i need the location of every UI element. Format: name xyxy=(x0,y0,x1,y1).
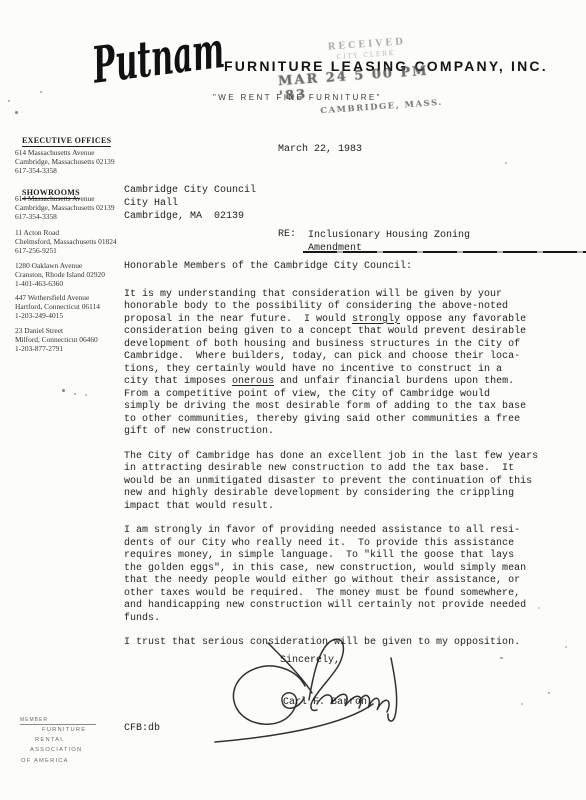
re-label: RE: xyxy=(278,229,296,242)
salutation: Honorable Members of the Cambridge City … xyxy=(124,261,586,274)
scan-speck xyxy=(430,594,432,596)
scan-speck xyxy=(85,394,87,396)
paragraph-1: It is my understanding that consideratio… xyxy=(124,289,586,439)
scan-speck xyxy=(538,607,540,609)
scan-speck xyxy=(40,91,42,93)
letter-date: March 22, 1983 xyxy=(278,144,362,157)
received-date-stamp: RECEIVED CITY CLERK MAR 24 5 00 PM '83 C… xyxy=(270,33,465,119)
showroom-address: 447 Wethersfield Avenue Hartford, Connec… xyxy=(15,293,100,321)
showroom-address: 23 Daniel Street Milford, Connecticut 06… xyxy=(15,326,98,354)
scan-speck xyxy=(62,389,65,392)
member-line: ASSOCIATION xyxy=(30,745,96,755)
putnam-logo-text: Putnam xyxy=(90,20,227,95)
showroom-address: 11 Acton Road Chelmsford, Massachusetts … xyxy=(15,228,117,256)
scanned-letter-page: Putnam FURNITURE LEASING COMPANY, INC. "… xyxy=(0,0,586,800)
recipient-address: Cambridge City Council City Hall Cambrid… xyxy=(124,184,256,223)
member-line: FURNITURE xyxy=(42,725,96,735)
member-line: OF AMERICA xyxy=(21,756,96,766)
scan-speck xyxy=(505,162,507,164)
scan-speck xyxy=(15,111,18,114)
showroom-address: 614 Massachusetts Avenue Cambridge, Mass… xyxy=(15,194,115,222)
scan-speck xyxy=(548,692,550,694)
paragraph-2: The City of Cambridge has done an excell… xyxy=(124,451,586,514)
executive-office-address: 614 Massachusetts Avenue Cambridge, Mass… xyxy=(15,148,115,176)
letter-body: Honorable Members of the Cambridge City … xyxy=(124,261,586,667)
scan-speck xyxy=(500,657,503,659)
scan-speck xyxy=(74,393,76,395)
membership-emblem: MEMBER FURNITURE RENTAL ASSOCIATION OF A… xyxy=(20,717,96,766)
handwritten-signature xyxy=(205,628,415,753)
putnam-logo: Putnam xyxy=(90,6,240,101)
re-underline-rule xyxy=(303,251,586,253)
member-word: MEMBER xyxy=(20,717,96,723)
typist-initials: CFB:db xyxy=(124,723,160,736)
scan-speck xyxy=(521,703,523,705)
scan-speck xyxy=(8,100,10,102)
executive-offices-heading: EXECUTIVE OFFICES xyxy=(22,130,111,148)
showroom-address: 1280 Oaklawn Avenue Cranston, Rhode Isla… xyxy=(15,261,105,289)
paragraph-3: I am strongly in favor of providing need… xyxy=(124,525,586,625)
scan-speck xyxy=(565,646,567,648)
member-line: RENTAL xyxy=(35,735,96,745)
